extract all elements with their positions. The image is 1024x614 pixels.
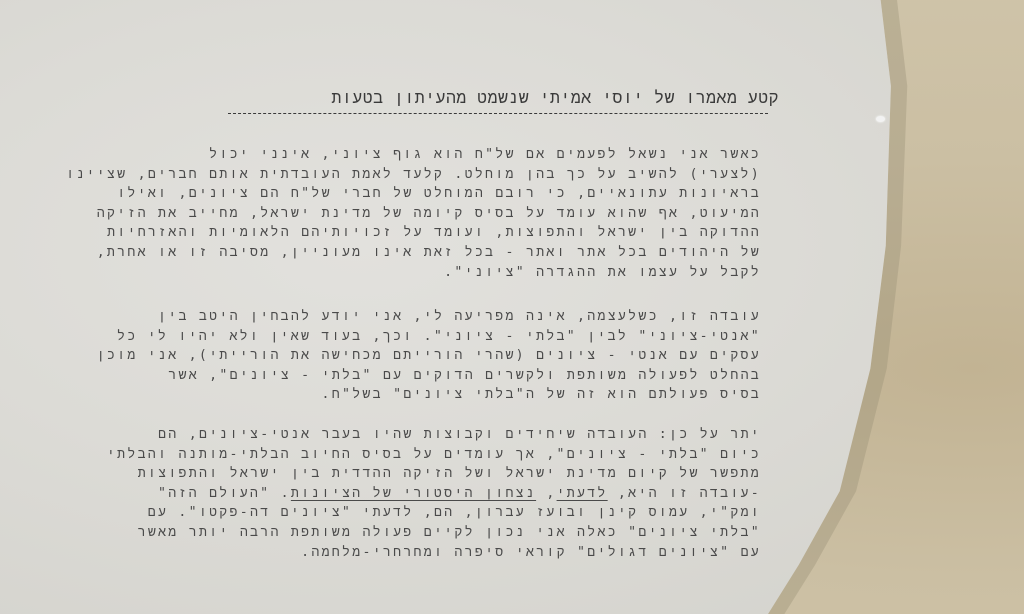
text-line: ומק"י, עמוס קינן ובועז עברון, הם, לדעתי … xyxy=(121,503,761,523)
text-line: המיעוט, אף שהוא עומד על בסיס קיומה של מד… xyxy=(121,204,761,224)
underlined-phrase: לדעתי xyxy=(557,486,608,501)
underlined-phrase: נצחון היסטורי של הציונות xyxy=(291,486,536,501)
paragraph-2: עובדה זו, כשלעצמה, אינה מפריעה לי, אני י… xyxy=(121,307,761,405)
paper-blemish xyxy=(876,116,885,122)
title-underline xyxy=(228,113,768,114)
text-line-with-underline: -עובדה זו היא, לדעתי, נצחון היסטורי של ה… xyxy=(121,484,761,504)
text-line: עם "ציונים דגולים" קוראי סיפרה ומחרחרי-מ… xyxy=(121,543,761,563)
document-title: קטע מאמרו של יוסי אמיתי שנשמט מהעיתון בט… xyxy=(219,88,779,108)
text-line: בהחלט לפעולה משותפת ולקשרים הדוקים עם "ב… xyxy=(121,366,761,386)
text-line: "אנטי-ציוני" לבין "בלתי - ציוני". וכך, ב… xyxy=(121,327,761,347)
paragraph-3: יתר על כן: העובדה שיחידים וקבוצות שהיו ב… xyxy=(121,425,761,562)
paragraph-1: כאשר אני נשאל לפעמים אם של"ח הוא גוף ציו… xyxy=(121,145,761,282)
text-line: "בלתי ציונים" כאלה אני נכון לקיים פעולה … xyxy=(121,523,761,543)
text-line: ההדוקה בין ישראל והתפוצות, ועומד על זכוי… xyxy=(121,223,761,243)
text-line: בראיונות עתונאיים, כי רובם המוחלט של חבר… xyxy=(121,184,761,204)
text-line: (לצערי) להשיב על כך בהן מוחלט. קלעד לאמת… xyxy=(121,165,761,185)
text-line: כאשר אני נשאל לפעמים אם של"ח הוא גוף ציו… xyxy=(121,145,761,165)
text-line: של היהודים בכל אתר ואתר - בכל זאת אינו מ… xyxy=(121,243,761,263)
text-line: עסקים עם אנטי - ציונים (שהרי הורייתם מכח… xyxy=(121,346,761,366)
text-line: מתפשר של קיום מדינת ישראל ושל הזיקה ההדד… xyxy=(121,464,761,484)
text-line: יתר על כן: העובדה שיחידים וקבוצות שהיו ב… xyxy=(121,425,761,445)
text-line: בסיס פעולתם הוא זה של ה"בלתי ציונים" בשל… xyxy=(121,385,761,405)
text-line: כיום "בלתי - ציונים", אך עומדים על בסיס … xyxy=(121,445,761,465)
text-line: לקבל על עצמו את ההגדרה "ציוני". xyxy=(121,263,761,283)
text-line: עובדה זו, כשלעצמה, אינה מפריעה לי, אני י… xyxy=(121,307,761,327)
